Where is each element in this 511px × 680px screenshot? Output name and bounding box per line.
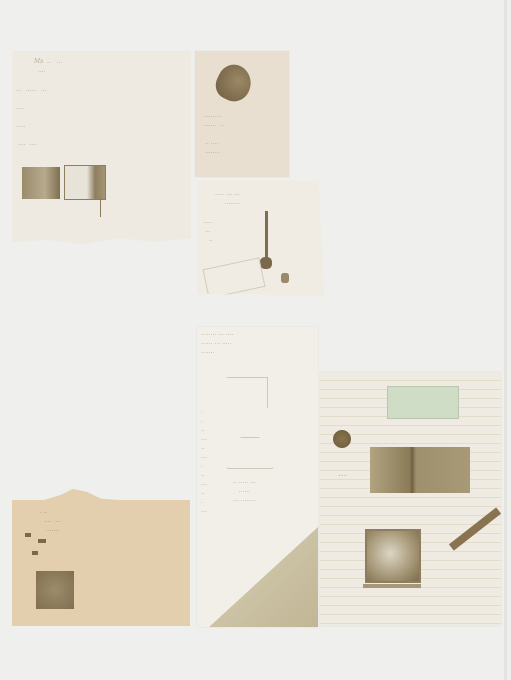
sheet-bottom-left: . .. .... ... ....... bbox=[12, 489, 190, 626]
small-mark bbox=[38, 539, 46, 543]
mounting-board: Ms .. ... .... ... ...... ... .... .....… bbox=[0, 0, 507, 680]
small-mark bbox=[32, 551, 38, 555]
pencil-mark: ... bbox=[338, 470, 347, 479]
pencil-notes: . .. .... ... ....... bbox=[40, 507, 61, 534]
pencil-notes: .. ..... ... ...... ... ........ bbox=[233, 477, 256, 504]
sheet-bottom-right: ... bbox=[320, 372, 501, 626]
pencil-box bbox=[203, 257, 266, 298]
sheet-bottom-center: ........ ... .... ...... ... ..... .....… bbox=[197, 327, 318, 627]
sheet-top-center: .......... ....... .. .. .... ........ bbox=[195, 51, 289, 177]
pencil-diagram bbox=[227, 377, 268, 408]
round-dot bbox=[333, 430, 351, 448]
square-wash bbox=[36, 571, 74, 609]
two-panel-wash bbox=[370, 447, 470, 493]
triangle-wash bbox=[197, 527, 318, 627]
ink-figure-small bbox=[281, 273, 289, 283]
frame-base bbox=[363, 584, 421, 588]
ink-figure bbox=[260, 257, 272, 269]
sheet-top-left: Ms .. ... .... ... ...... ... .... .....… bbox=[12, 51, 191, 244]
ink-drip bbox=[265, 211, 268, 261]
pencil-notes: ... ...... ... .... ..... .... .... bbox=[16, 85, 47, 148]
green-rectangle bbox=[387, 386, 459, 419]
pencil-notes: ..... ... ... ........ bbox=[215, 189, 240, 207]
box-sketch-right bbox=[64, 165, 106, 200]
pencil-trapezoid bbox=[227, 437, 273, 469]
sheet-middle-center: ..... ... ... ........ ..... ... .. bbox=[197, 181, 324, 296]
pencil-notes: Ms .. ... .... bbox=[34, 57, 62, 75]
stroke bbox=[100, 197, 101, 217]
box-sketch-left bbox=[22, 167, 60, 199]
small-mark bbox=[25, 533, 31, 537]
framed-square-wash bbox=[365, 529, 421, 583]
stone-blot bbox=[211, 60, 257, 107]
pencil-notes: . . .. ... .. ... . .. ... .. . ... bbox=[201, 407, 207, 515]
pencil-notes: .......... ....... .. .. .... ........ bbox=[203, 111, 224, 156]
pencil-notes: ..... ... .. bbox=[203, 217, 213, 244]
pencil-notes: ........ ... .... ...... ... ..... .....… bbox=[201, 329, 233, 356]
diagonal-bar bbox=[449, 507, 501, 550]
